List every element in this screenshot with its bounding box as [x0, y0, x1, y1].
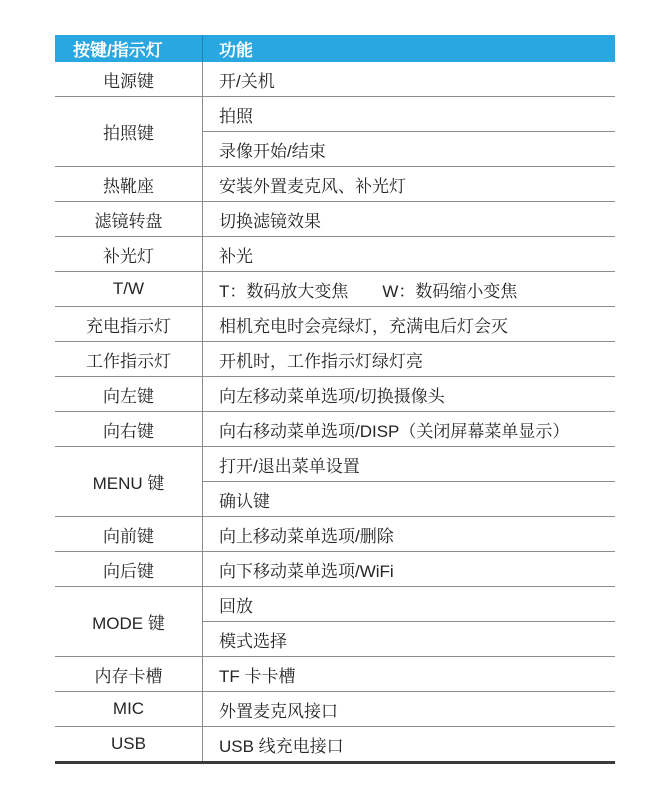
key-cell: 电源键	[55, 62, 203, 97]
header-function-column: 功能	[203, 35, 616, 62]
key-cell: 滤镜转盘	[55, 202, 203, 237]
table-row: 补光灯补光	[55, 237, 615, 272]
table-row: MENU 键打开/退出菜单设置	[55, 447, 615, 482]
table-row: MIC外置麦克风接口	[55, 692, 615, 727]
table-row: 向前键向上移动菜单选项/删除	[55, 517, 615, 552]
key-cell: 工作指示灯	[55, 342, 203, 377]
key-cell: 向左键	[55, 377, 203, 412]
key-cell: MODE 键	[55, 587, 203, 657]
function-cell: 外置麦克风接口	[203, 692, 616, 727]
function-cell: 拍照	[203, 97, 616, 132]
table-row: 拍照键拍照	[55, 97, 615, 132]
table-row: 工作指示灯开机时，工作指示灯绿灯亮	[55, 342, 615, 377]
function-cell: 开/关机	[203, 62, 616, 97]
table-row: 向左键向左移动菜单选项/切换摄像头	[55, 377, 615, 412]
function-cell: 补光	[203, 237, 616, 272]
table-row: T/WT：数码放大变焦 W：数码缩小变焦	[55, 272, 615, 307]
function-cell: 安装外置麦克风、补光灯	[203, 167, 616, 202]
table-row: 内存卡槽TF 卡卡槽	[55, 657, 615, 692]
button-function-table: 按键/指示灯 功能 电源键开/关机拍照键拍照录像开始/结束热靴座安装外置麦克风、…	[55, 35, 615, 764]
table-row: 电源键开/关机	[55, 62, 615, 97]
table-row: 充电指示灯相机充电时会亮绿灯，充满电后灯会灭	[55, 307, 615, 342]
table-row: 向后键向下移动菜单选项/WiFi	[55, 552, 615, 587]
table-row: 滤镜转盘切换滤镜效果	[55, 202, 615, 237]
key-cell: 热靴座	[55, 167, 203, 202]
key-cell: T/W	[55, 272, 203, 307]
table-row: 热靴座安装外置麦克风、补光灯	[55, 167, 615, 202]
function-cell: 向右移动菜单选项/DISP（关闭屏幕菜单显示）	[203, 412, 616, 447]
key-cell: 充电指示灯	[55, 307, 203, 342]
table-header-row: 按键/指示灯 功能	[55, 35, 615, 62]
manual-page: 按键/指示灯 功能 电源键开/关机拍照键拍照录像开始/结束热靴座安装外置麦克风、…	[0, 0, 670, 795]
function-cell: T：数码放大变焦 W：数码缩小变焦	[203, 272, 616, 307]
function-cell: 切换滤镜效果	[203, 202, 616, 237]
table-body: 电源键开/关机拍照键拍照录像开始/结束热靴座安装外置麦克风、补光灯滤镜转盘切换滤…	[55, 62, 615, 763]
header-key-column: 按键/指示灯	[55, 35, 203, 62]
function-cell: 向上移动菜单选项/删除	[203, 517, 616, 552]
function-cell: 打开/退出菜单设置	[203, 447, 616, 482]
key-cell: 向右键	[55, 412, 203, 447]
table-row: MODE 键回放	[55, 587, 615, 622]
function-cell: 确认键	[203, 482, 616, 517]
key-cell: 向后键	[55, 552, 203, 587]
function-cell: 向左移动菜单选项/切换摄像头	[203, 377, 616, 412]
function-cell: 模式选择	[203, 622, 616, 657]
function-cell: 向下移动菜单选项/WiFi	[203, 552, 616, 587]
table-row: 向右键向右移动菜单选项/DISP（关闭屏幕菜单显示）	[55, 412, 615, 447]
function-cell: TF 卡卡槽	[203, 657, 616, 692]
key-cell: MIC	[55, 692, 203, 727]
function-cell: 开机时，工作指示灯绿灯亮	[203, 342, 616, 377]
function-cell: 相机充电时会亮绿灯，充满电后灯会灭	[203, 307, 616, 342]
key-cell: 补光灯	[55, 237, 203, 272]
key-cell: 向前键	[55, 517, 203, 552]
key-cell: 内存卡槽	[55, 657, 203, 692]
key-cell: 拍照键	[55, 97, 203, 167]
table-row: USBUSB 线充电接口	[55, 727, 615, 763]
function-cell: USB 线充电接口	[203, 727, 616, 763]
function-cell: 回放	[203, 587, 616, 622]
key-cell: MENU 键	[55, 447, 203, 517]
key-cell: USB	[55, 727, 203, 763]
function-cell: 录像开始/结束	[203, 132, 616, 167]
